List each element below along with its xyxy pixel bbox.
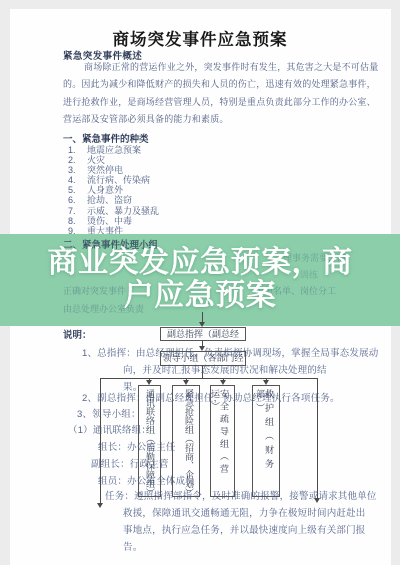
list-item: 1.地震应急预案 [68, 145, 159, 155]
list-item-text: 突然停电 [87, 165, 123, 175]
arrowhead-column-1 [146, 380, 152, 385]
notes-label: 说明： [63, 327, 92, 341]
list-item-text: 烫伤、中毒 [87, 216, 132, 226]
list-item-number: 4. [68, 175, 87, 185]
list-item: 7.示威、暴力及骚乱 [68, 206, 159, 216]
connector-mid-to-rail [202, 365, 203, 378]
list-item: 6.抢劫、盗窃 [68, 195, 159, 205]
overview-paragraph: 商场除正常的营运作业之外，突发事件时有发生，其危害之大是不可估量的。因此为减少和… [63, 59, 349, 128]
list-item: 5.人身意外 [68, 185, 159, 195]
list-item-text: 抢劫、盗窃 [87, 195, 132, 205]
list-item-text: 火灾 [87, 155, 105, 165]
horizontal-rail [100, 378, 318, 379]
arrowhead-column-3 [220, 380, 226, 385]
list-item-number: 5. [68, 185, 87, 195]
paragraph-line: 的。因此为减少和降低财产的损失和人员的伤亡，迅速有效的处理紧急事件， [63, 76, 349, 93]
arrowhead-left-branch [97, 503, 103, 508]
connector-left-branch [100, 378, 101, 504]
connector-right-branch [317, 378, 318, 499]
watermark-text: 商业突发应急预案，商户应急预案 [40, 246, 360, 312]
list-item: 4.流行病、传染病 [68, 175, 159, 185]
list-item-number: 6. [68, 195, 87, 205]
list-item-number: 7. [68, 206, 87, 216]
types-list: 1.地震应急预案2.火灾3.突然停电4.流行病、传染病5.人身意外6.抢劫、盗窃… [68, 145, 159, 236]
scanned-document: 商场突发事件应急预案 紧急突发事件概述 商场除正常的营运作业之外，突发事件时有发… [0, 0, 400, 565]
page-title: 商场突发事件应急预案 [0, 26, 400, 50]
list-item: 2.火灾 [68, 155, 159, 165]
list-item: 3.突然停电 [68, 165, 159, 175]
list-item-number: 8. [68, 216, 87, 226]
list-item-text: 示威、暴力及骚乱 [87, 206, 159, 216]
arrowhead-right-branch [314, 498, 320, 503]
list-item: 8.烫伤、中毒 [68, 216, 159, 226]
paragraph-line: 营运部及安管部必须具备的能力和素质。 [63, 111, 349, 128]
list-item-text: 地震应急预案 [87, 145, 141, 155]
arrowhead-column-4 [263, 380, 269, 385]
list-item-text: 流行病、传染病 [87, 175, 150, 185]
list-item-number: 1. [68, 145, 87, 155]
list-item-number: 3. [68, 165, 87, 175]
paragraph-line: 进行抢救作业，是商场经营管理人员，特别是重点负责此部分工作的办公室、 [63, 94, 349, 111]
types-heading: 一、紧急事件的种类 [63, 131, 149, 145]
flow-box-deputy-commander: 副总指挥（副总经 [160, 327, 246, 341]
list-item-number: 2. [68, 155, 87, 165]
list-item-text: 人身意外 [87, 185, 123, 195]
paragraph-line: 商场除正常的营运作业之外，突发事件时有发生，其危害之大是不可估量 [63, 59, 349, 76]
arrowhead-column-2 [183, 380, 189, 385]
flow-box-leading-group: 领导小组（各部门经 [160, 351, 246, 366]
